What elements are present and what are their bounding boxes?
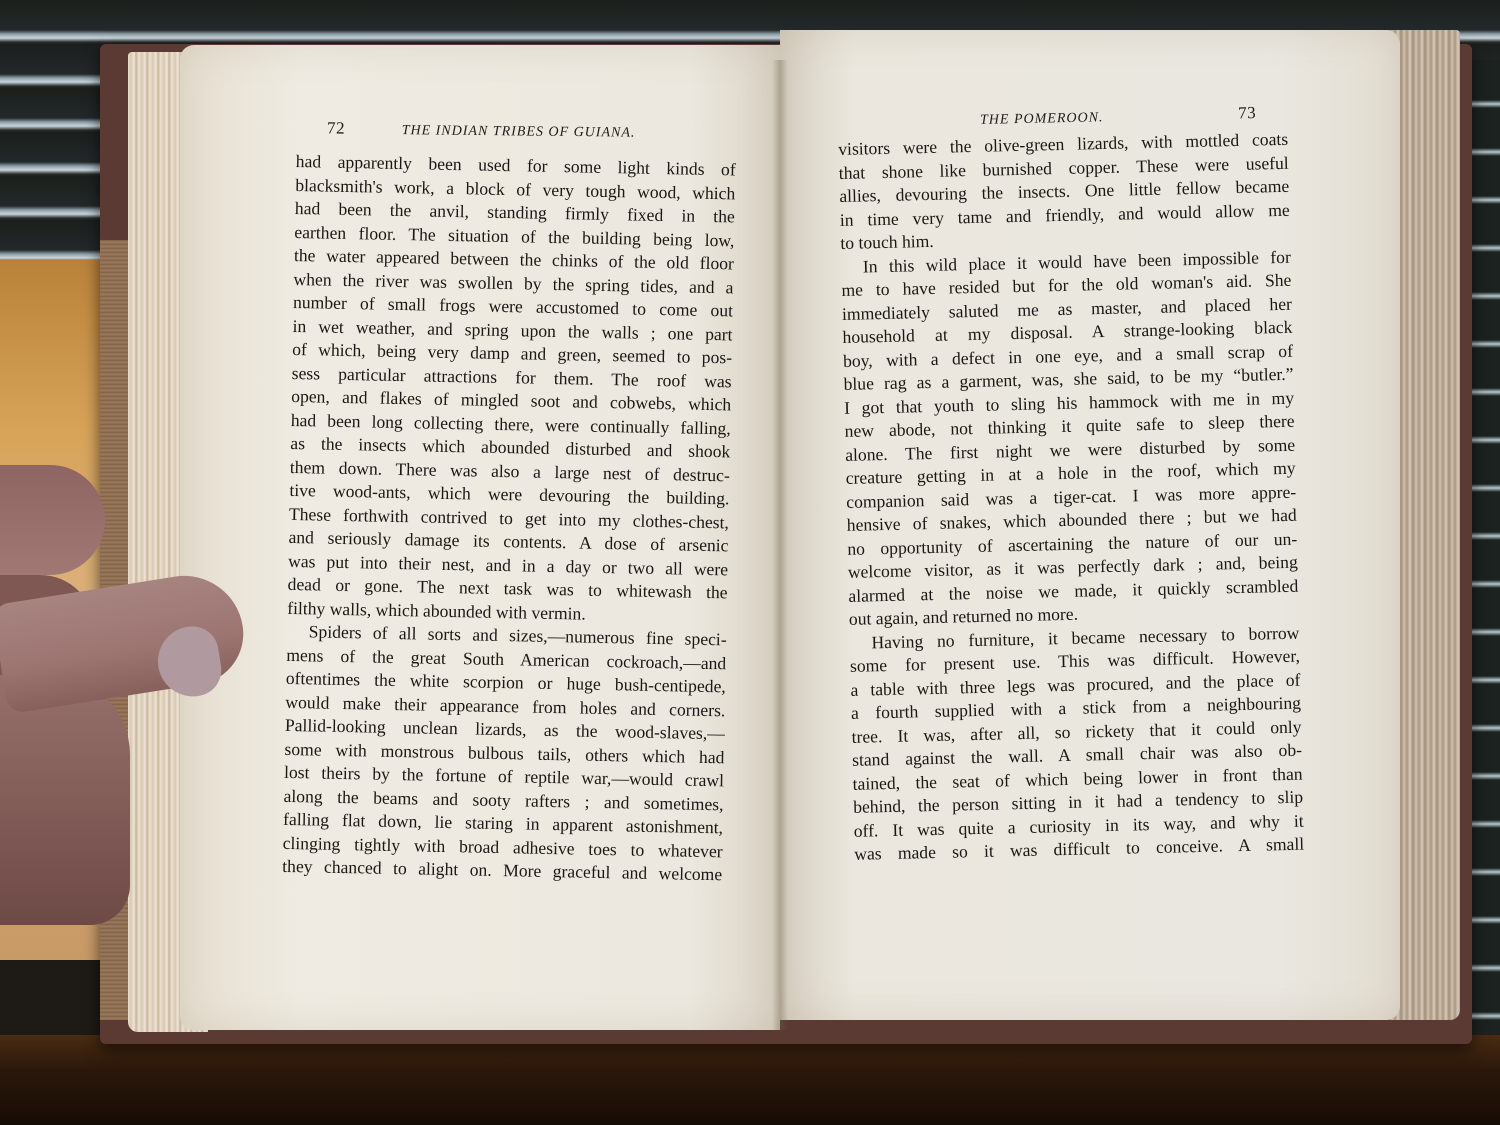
palm [0,675,130,925]
page-number-left: 72 [327,118,345,137]
left-page-text: had apparently been used for some light … [282,150,736,887]
index-finger [0,465,105,575]
page-number-right: 73 [1238,103,1256,122]
book-gutter [772,60,788,1030]
desk-surface [0,1035,1500,1125]
right-page-text: visitors were the olive-green lizards, w… [838,128,1304,867]
left-page-header: 72 THE INDIAN TRIBES OF GUIANA. [327,118,636,141]
running-head-left: THE INDIAN TRIBES OF GUIANA. [402,123,636,140]
running-head-right: THE POMEROON. [980,110,1104,128]
hand [0,455,250,925]
